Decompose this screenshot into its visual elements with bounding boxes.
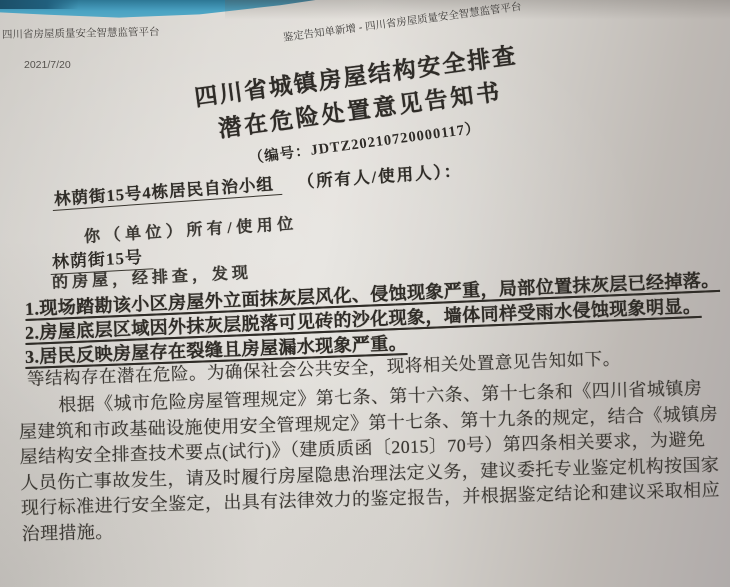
addressee-suffix: （所有人/使用人）： — [297, 161, 463, 191]
print-date: 2021/7/20 — [24, 59, 71, 71]
addressee-name: 林荫街15号4栋居民自治小组 — [51, 174, 282, 211]
document-photo-page: 四川省房屋质量安全智慧监管平台 鉴定告知单新增 - 四川省房屋质量安全智慧监管平… — [0, 0, 730, 587]
addressee-gap — [282, 188, 298, 189]
legal-paragraph: 根据《城市危险房屋管理规定》第七条、第十六条、第十七条和《四川省城镇房 屋建筑和… — [18, 376, 724, 547]
doc-title-block: 四川省城镇房屋结构安全排查 潜在危险处置意见告知书 （编号：JDTZ202107… — [146, 35, 574, 182]
platform-title: 四川省房屋质量安全智慧监管平台 — [2, 24, 160, 42]
teal-backdrop-dark-corner — [0, 0, 78, 9]
intro-prefix-line: 你（单位）所有/使用位 — [83, 211, 298, 247]
